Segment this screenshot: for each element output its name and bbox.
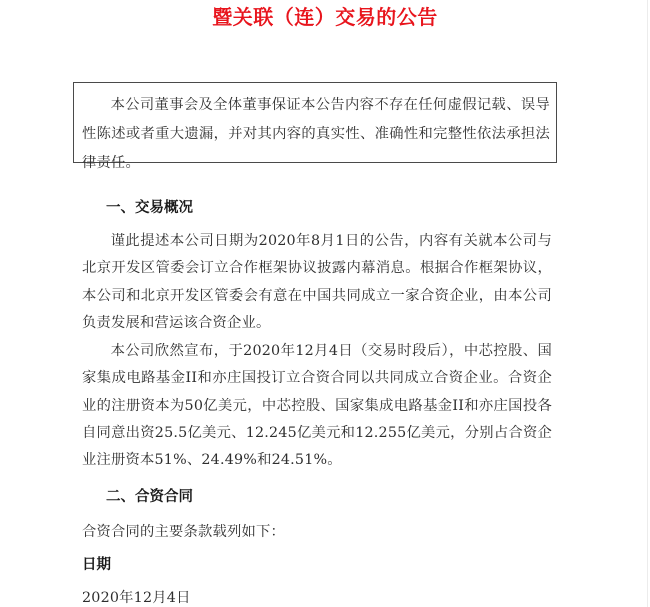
paragraph-framework-agreement: 谨此提述本公司日期为2020年8月1日的公告，内容有关就本公司与北京开发区管委会… (82, 228, 552, 337)
section-heading-jv-contract: 二、合资合同 (106, 487, 193, 507)
page-edge-divider (647, 0, 648, 607)
disclaimer-box: 本公司董事会及全体董事保证本公告内容不存在任何虚假记载、误导性陈述或者重大遗漏，… (73, 82, 557, 163)
date-value: 2020年12月4日 (82, 588, 191, 607)
paragraph-joint-venture-announcement: 本公司欣然宣布，于2020年12月4日（交易时段后），中芯控股、国家集成电路基金… (82, 338, 552, 474)
contract-terms-intro: 合资合同的主要条款载列如下： (82, 522, 285, 542)
announcement-title: 暨关联（连）交易的公告 (0, 4, 650, 30)
disclaimer-text: 本公司董事会及全体董事保证本公告内容不存在任何虚假记载、误导性陈述或者重大遗漏，… (82, 91, 550, 178)
date-label: 日期 (82, 555, 111, 575)
section-heading-transaction-overview: 一、交易概况 (106, 198, 193, 218)
